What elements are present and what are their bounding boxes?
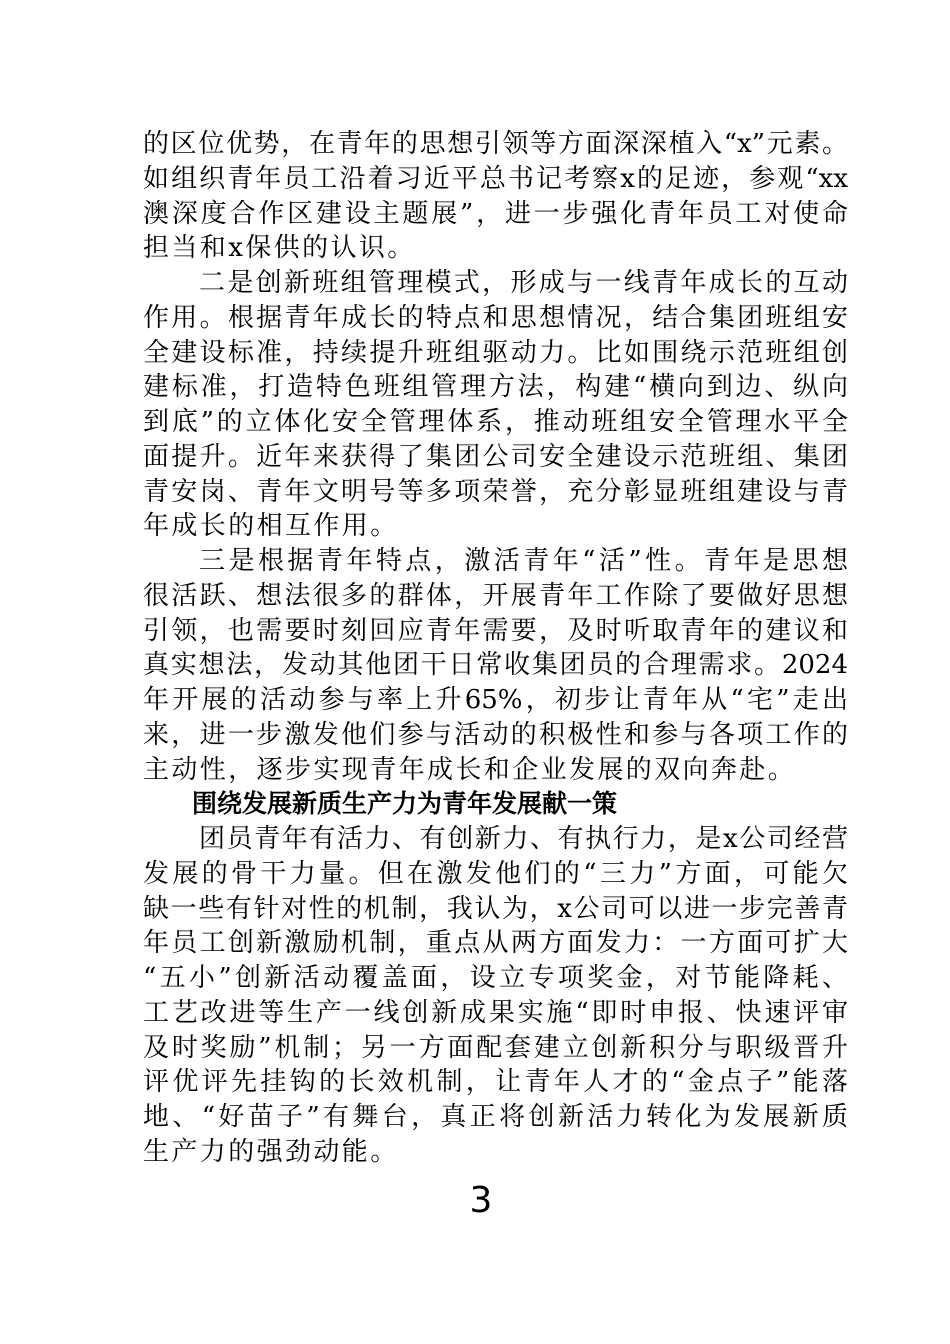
text-line: 引领，也需要时刻回应青年需要，及时听取青年的建议和 — [143, 614, 848, 649]
text-line: 二是创新班组管理模式，形成与一线青年成长的互动 — [143, 266, 848, 301]
text-line: 担当和x保供的认识。 — [143, 231, 848, 266]
text-line: 缺一些有针对性的机制，我认为，x公司可以进一步完善青 — [143, 892, 848, 927]
text-line: 青安岗、青年文明号等多项荣誉，充分彰显班组建设与青 — [143, 475, 848, 510]
text-line: 面提升。近年来获得了集团公司安全建设示范班组、集团 — [143, 440, 848, 475]
text-line: 及时奖励”机制；另一方面配套建立创新积分与职级晋升 — [143, 1031, 848, 1066]
text-line: 地、“好苗子”有舞台，真正将创新活力转化为发展新质 — [143, 1100, 848, 1135]
text-line: 团员青年有活力、有创新力、有执行力，是x公司经营 — [143, 822, 848, 857]
text-line: “五小”创新活动覆盖面，设立专项奖金，对节能降耗、 — [143, 961, 848, 996]
text-line: 如组织青年员工沿着习近平总书记考察x的足迹，参观“xx — [143, 162, 848, 197]
document-page: 的区位优势，在青年的思想引领等方面深深植入“x”元素。如组织青年员工沿着习近平总… — [0, 0, 950, 1344]
text-line: 建标准，打造特色班组管理方法，构建“横向到边、纵向 — [143, 370, 848, 405]
text-line: 评优评先挂钩的长效机制，让青年人才的“金点子”能落 — [143, 1065, 848, 1100]
text-line: 生产力的强劲动能。 — [143, 1135, 848, 1170]
text-line: 来，进一步激发他们参与活动的积极性和参与各项工作的 — [143, 718, 848, 753]
text-line: 三是根据青年特点，激活青年“活”性。青年是思想 — [143, 544, 848, 579]
text-line: 到底”的立体化安全管理体系，推动班组安全管理水平全 — [143, 405, 848, 440]
text-line: 发展的骨干力量。但在激发他们的“三力”方面，可能欠 — [143, 857, 848, 892]
page-number: 3 — [0, 1182, 950, 1220]
text-line: 全建设标准，持续提升班组驱动力。比如围绕示范班组创 — [143, 336, 848, 371]
text-line: 年员工创新激励机制，重点从两方面发力：一方面可扩大 — [143, 926, 848, 961]
text-line: 真实想法，发动其他团干日常收集团员的合理需求。2024 — [143, 648, 848, 683]
text-line: 围绕发展新质生产力为青年发展献一策 — [143, 787, 848, 822]
text-line: 年成长的相互作用。 — [143, 509, 848, 544]
text-line: 的区位优势，在青年的思想引领等方面深深植入“x”元素。 — [143, 127, 848, 162]
text-line: 主动性，逐步实现青年成长和企业发展的双向奔赴。 — [143, 753, 848, 788]
document-body: 的区位优势，在青年的思想引领等方面深深植入“x”元素。如组织青年员工沿着习近平总… — [143, 127, 848, 1170]
text-line: 工艺改进等生产一线创新成果实施“即时申报、快速评审 — [143, 996, 848, 1031]
text-line: 很活跃、想法很多的群体，开展青年工作除了要做好思想 — [143, 579, 848, 614]
text-line: 年开展的活动参与率上升65%，初步让青年从“宅”走出 — [143, 683, 848, 718]
text-line: 作用。根据青年成长的特点和思想情况，结合集团班组安 — [143, 301, 848, 336]
text-line: 澳深度合作区建设主题展”，进一步强化青年员工对使命 — [143, 197, 848, 232]
